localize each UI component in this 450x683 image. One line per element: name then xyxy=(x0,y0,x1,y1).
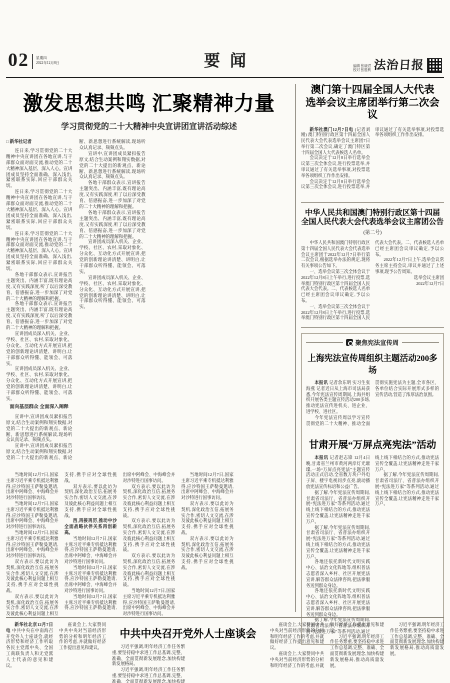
qr-code-icon xyxy=(427,58,442,73)
lead-article: 激发思想共鸣 汇聚精神力量 学习贯彻党的二十大精神中央宣讲团宣讲活动综述 □ 新… xyxy=(6,84,292,618)
macau-meeting-body: 新华社澳门12月7日电 (记者刘刚) 澳门特别行政区第十四届全国人民代表大会代表… xyxy=(301,127,444,197)
shanghai-body: 本报讯 记者余东明 实习生张海燕 记者近日从上海市司法局获悉,今年宪法宣传周期间… xyxy=(306,380,439,430)
masthead-logo: 法治日报 xyxy=(373,56,424,73)
announcement-body: 中华人民共和国澳门特别行政区第十四届全国人民代表大会代表选举会议主席团于2022… xyxy=(301,240,444,322)
macau-meeting-headline-line1: 澳门第十四届全国人大代表 xyxy=(301,85,444,98)
shanghai-headline: 上海宪法宣传周组织主题活动200多场 xyxy=(306,352,439,376)
macau-meeting-headline-line2: 选举会议主席团举行第二次会议 xyxy=(301,98,444,123)
banner-line-right xyxy=(402,342,439,343)
announcement-headline-line2: 全国人民代表大会代表选举会议主席团公告 xyxy=(301,217,444,227)
date: 2022年12月8日 xyxy=(36,61,59,66)
focus-banner: 聚焦宪法宣传周 xyxy=(306,338,439,347)
bottom-rule xyxy=(6,617,444,618)
section-title: 要闻 xyxy=(194,48,256,71)
page-number: 02 xyxy=(8,50,29,72)
announcement-number: (第二号) xyxy=(301,229,444,236)
gansu-headline: 甘肃开展“万屏点亮宪法”活动 xyxy=(306,437,439,451)
announcement-article: 中华人民共和国澳门特别行政区第十四届 全国人民代表大会代表选举会议主席团公告 (… xyxy=(301,208,444,323)
announcement-headline: 中华人民共和国澳门特别行政区第十四届 全国人民代表大会代表选举会议主席团公告 xyxy=(301,208,444,228)
staff-block: 编辑 张晓君 校对 张胜利 xyxy=(353,64,371,73)
page-header: 02 星期四 2022年12月8日 要闻 编辑 张晓君 校对 张胜利 法治日报 xyxy=(8,46,442,74)
bottom-center: 中共中央召开党外人士座谈会 习近平强调,明年经济工作任务繁重,要坚持稳中求进工作… xyxy=(112,622,264,679)
constitution-week-icon xyxy=(346,339,353,346)
lead-body-columns: □ 新华社记者连日来,学习贯彻党的二十大精神中央宣讲团在各地宣讲,与干部群众面对… xyxy=(6,139,292,465)
announcement-headline-line1: 中华人民共和国澳门特别行政区第十四届 xyxy=(301,208,444,218)
header-right: 编辑 张晓君 校对 张胜利 法治日报 xyxy=(353,56,442,73)
bottom-headline: 中共中央召开党外人士座谈会 xyxy=(112,622,264,644)
bottom-article: 新华社北京12月7日电 中共中央在中南海召开党外人士座谈会,就经济形势和经济工作… xyxy=(6,622,444,679)
date-block: 星期四 2022年12月8日 xyxy=(36,56,59,66)
lead-subtitle: 学习贯彻党的二十大精神中央宣讲团宣讲活动综述 xyxy=(6,121,292,132)
newspaper-page: 02 星期四 2022年12月8日 要闻 编辑 张晓君 校对 张胜利 法治日报 … xyxy=(0,0,450,683)
banner-line-left xyxy=(306,342,343,343)
gansu-body: 本报讯 记者赵志锋 12月4日晚,甘肃省兰州市黄河两岸灯光璀璨,一场“万屏点亮宪… xyxy=(306,455,439,639)
banner-text: 聚焦宪法宣传周 xyxy=(355,338,398,347)
bottom-body-right: 座谈会上,大家赞同中共中央对当前经济形势的分析和明年经济工作的考虑,并就做好经济… xyxy=(270,622,444,679)
page-number-divider xyxy=(32,54,33,69)
vertical-rule xyxy=(295,84,296,612)
shanghai-article: 上海宪法宣传周组织主题活动200多场 本报讯 记者余东明 实习生张海燕 记者近日… xyxy=(306,352,439,430)
macau-meeting-article: 澳门第十四届全国人大代表 选举会议主席团举行第二次会议 新华社澳门12月7日电 … xyxy=(301,85,444,197)
banner-label: 聚焦宪法宣传周 xyxy=(346,338,398,347)
bottom-body-left: 新华社北京12月7日电 中共中央在中南海召开党外人士座谈会,就经济形势和经济工作… xyxy=(6,622,106,679)
right-divider-2 xyxy=(301,327,444,328)
gansu-article: 甘肃开展“万屏点亮宪法”活动 本报讯 记者赵志锋 12月4日晚,甘肃省兰州市黄河… xyxy=(306,437,439,639)
header-left: 02 星期四 2022年12月8日 xyxy=(8,50,59,72)
macau-meeting-headline: 澳门第十四届全国人大代表 选举会议主席团举行第二次会议 xyxy=(301,85,444,123)
constitution-week-box: 聚焦宪法宣传周 上海宪法宣传周组织主题活动200多场 本报讯 记者余东明 实习生… xyxy=(301,333,444,645)
right-divider-1 xyxy=(301,202,444,203)
header-rule xyxy=(6,77,444,78)
second-body-columns: 当地时间12月7日,国家主席习近平乘专机抵达利雅得,应沙特国王萨勒曼邀请,出席中… xyxy=(6,472,292,618)
bottom-body-center: 习近平强调,明年经济工作任务繁重,要坚持稳中求进工作总基调,完整、准确、全面贯彻… xyxy=(112,644,264,683)
proofreader-line: 校对 张胜利 xyxy=(353,68,371,73)
lead-headline: 激发思想共鸣 汇聚精神力量 xyxy=(6,87,292,116)
right-column: 澳门第十四届全国人大代表 选举会议主席团举行第二次会议 新华社澳门12月7日电 … xyxy=(301,85,444,645)
